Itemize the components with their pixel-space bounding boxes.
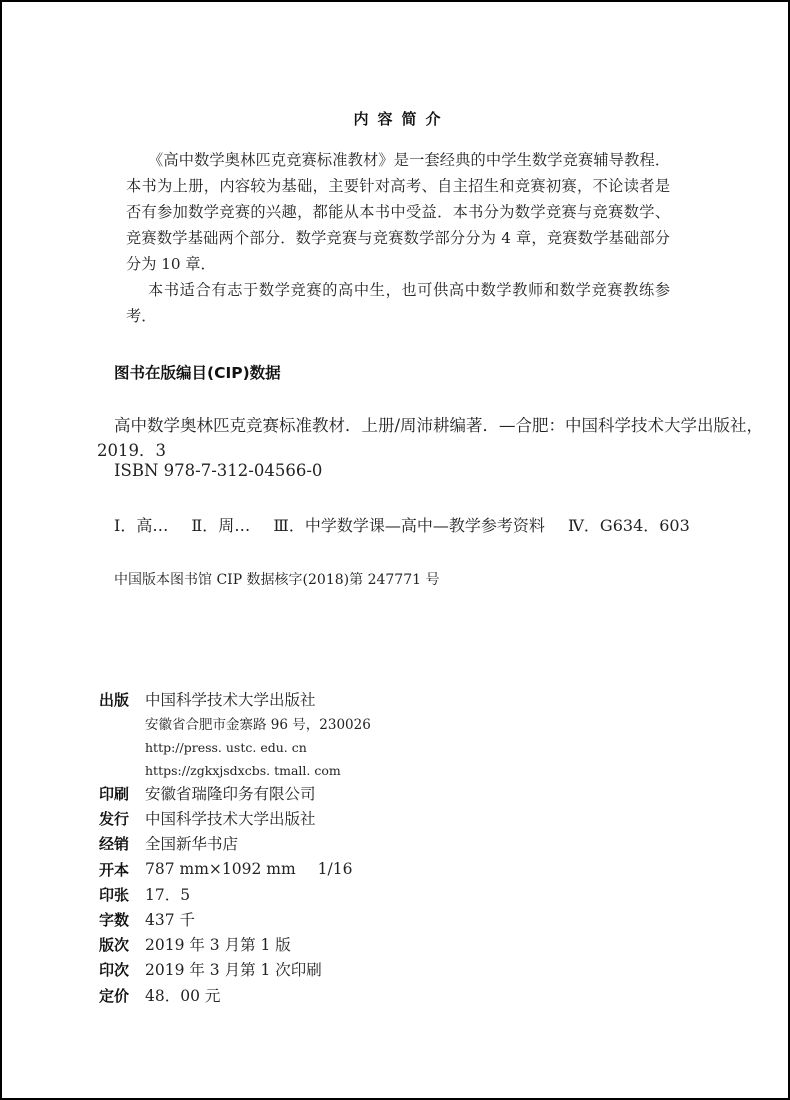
classification-item: Ⅱ．周… <box>191 516 250 535</box>
imprint-row-address: 安徽省合肥市金寨路 96 号，230026 <box>99 711 371 735</box>
publisher-url-press[interactable]: http://press. ustc. edu. cn <box>145 740 307 755</box>
cip-header: 图书在版编目(CIP)数据 <box>114 361 281 383</box>
cip-date-line: 2019．3 <box>97 437 166 461</box>
imprint-label: 出版 <box>99 689 145 710</box>
publisher-url-tmall[interactable]: https://zgkxjsdxcbs. tmall. com <box>145 763 341 778</box>
imprint-row-url1: http://press. ustc. edu. cn <box>99 735 307 759</box>
classification-item: Ⅲ．中学数学课—高中—教学参考资料 <box>273 516 544 535</box>
page-frame: 内容简介 《高中数学奥林匹克竞赛标准教材》是一套经典的中学生数学竞赛辅导教程．本… <box>0 0 790 1100</box>
intro-paragraph: 《高中数学奥林匹克竞赛标准教材》是一套经典的中学生数学竞赛辅导教程．本书为上册，… <box>126 147 670 277</box>
imprint-label: 版次 <box>99 934 145 955</box>
intro-title: 内容简介 <box>2 108 790 129</box>
imprint-row-sheets: 印张 17．5 <box>99 882 190 906</box>
imprint-row-url2: https://zgkxjsdxcbs. tmall. com <box>99 758 341 782</box>
imprint-row-printing: 印次 2019 年 3 月第 1 次印刷 <box>99 957 322 981</box>
publisher-name: 中国科学技术大学出版社 <box>145 688 316 710</box>
imprint-label: 字数 <box>99 909 145 930</box>
format-size: 787 mm×1092 mm <box>145 860 296 878</box>
imprint-label: 经销 <box>99 833 145 854</box>
sheets-value: 17．5 <box>145 883 190 905</box>
imprint-row-seller: 经销 全国新华书店 <box>99 831 238 855</box>
distributor-value: 中国科学技术大学出版社 <box>145 807 316 829</box>
format-fraction: 1/16 <box>318 860 353 878</box>
publisher-address: 安徽省合肥市金寨路 96 号，230026 <box>145 713 371 733</box>
imprint-row-printer: 印刷 安徽省瑞隆印务有限公司 <box>99 781 316 805</box>
imprint-row-price: 定价 48．00 元 <box>99 983 220 1007</box>
intro-body: 《高中数学奥林匹克竞赛标准教材》是一套经典的中学生数学竞赛辅导教程．本书为上册，… <box>126 147 670 329</box>
seller-value: 全国新华书店 <box>145 832 238 854</box>
imprint-label: 发行 <box>99 808 145 829</box>
imprint-label: 定价 <box>99 985 145 1006</box>
classification-item: Ⅰ．高… <box>114 516 168 535</box>
imprint-row-word-count: 字数 437 千 <box>99 907 195 931</box>
intro-paragraph: 本书适合有志于数学竞赛的高中生，也可供高中数学教师和数学竞赛教练参考． <box>126 277 670 329</box>
cip-title-line: 高中数学奥林匹克竞赛标准教材．上册/周沛耕编著．—合肥：中国科学技术大学出版社， <box>114 412 763 436</box>
printer-value: 安徽省瑞隆印务有限公司 <box>145 782 316 804</box>
imprint-row-format: 开本 787 mm×1092 mm 1/16 <box>99 857 352 881</box>
imprint-row-edition: 版次 2019 年 3 月第 1 版 <box>99 932 291 956</box>
imprint-label: 印张 <box>99 884 145 905</box>
word-count-value: 437 千 <box>145 908 195 930</box>
imprint-label: 印次 <box>99 959 145 980</box>
imprint-row-publisher: 出版 中国科学技术大学出版社 <box>99 687 316 711</box>
imprint-row-distributor: 发行 中国科学技术大学出版社 <box>99 806 316 830</box>
cip-number: 中国版本图书馆 CIP 数据核字(2018)第 247771 号 <box>114 569 439 589</box>
price-value: 48．00 元 <box>145 984 220 1006</box>
imprint-label: 开本 <box>99 859 145 880</box>
edition-value: 2019 年 3 月第 1 版 <box>145 933 291 955</box>
classification-item: Ⅳ．G634．603 <box>568 516 690 535</box>
printing-value: 2019 年 3 月第 1 次印刷 <box>145 958 322 980</box>
imprint-label: 印刷 <box>99 783 145 804</box>
cip-isbn: ISBN 978-7-312-04566-0 <box>114 461 322 480</box>
cip-classification: Ⅰ．高… Ⅱ．周… Ⅲ．中学数学课—高中—教学参考资料 Ⅳ．G634．603 <box>114 513 708 536</box>
